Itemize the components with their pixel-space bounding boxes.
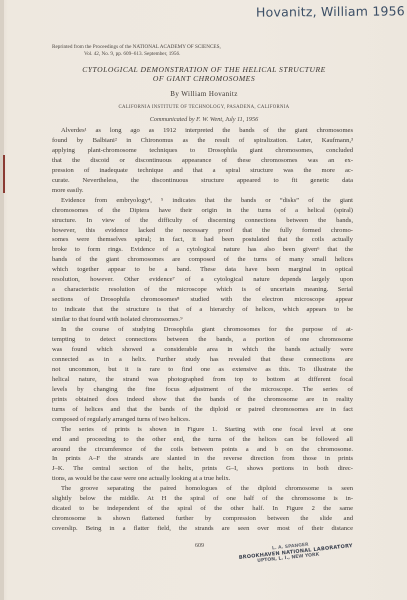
body-line: coverslip. Being in a flatter field, the…	[52, 524, 353, 534]
body-line: which together appear to be a band. Thes…	[52, 265, 353, 275]
body-line: curate. Nevertheless, the discontinuous …	[52, 176, 353, 186]
body-line: around the circumference of the coils be…	[52, 445, 353, 455]
body-line: resolution, however. Other evidence⁷ of …	[52, 275, 353, 285]
reprint-notice: Reprinted from the Proceedings of the NA…	[52, 44, 352, 57]
body-line: to indicate that the structure is that o…	[52, 305, 353, 315]
body-line: turns of helices and that the bands of t…	[52, 405, 353, 415]
body-line: Evidence from embryology⁴, ⁵ indicates t…	[52, 196, 353, 206]
body-line: In the course of studying Drosophila gia…	[52, 325, 353, 335]
body-line: applying plant-chromosome techniques to …	[52, 146, 353, 156]
edge-ink-mark	[3, 155, 5, 193]
body-line: tions, as would be the case were one act…	[52, 474, 353, 484]
body-line: similar to that found with isolated chro…	[52, 315, 353, 325]
title-line-1: Cytological Demonstration of the Helical…	[40, 65, 368, 74]
article-title: Cytological Demonstration of the Helical…	[40, 65, 368, 83]
body-line: somes were themselves spiral; in fact, i…	[52, 235, 353, 245]
article-body: Alverdes¹ as long ago as 1912 interprete…	[52, 126, 353, 534]
author-affiliation: California Institute of Technology, Pasa…	[40, 105, 368, 110]
body-line: that the discoid or discontinuous appear…	[52, 156, 353, 166]
body-line: a characteristic resolution of the micro…	[52, 285, 353, 295]
body-line: composed of regularly arranged turns of …	[52, 415, 353, 425]
body-line: Alverdes¹ as long ago as 1912 interprete…	[52, 126, 353, 136]
body-line: broke to form rings. Evidence of a cytol…	[52, 245, 353, 255]
body-line: not uncommon, but it is rare to find one…	[52, 365, 353, 375]
body-line: found by Balbiani² in Chironomus as the …	[52, 136, 353, 146]
body-line: pression of inadequate technique and tha…	[52, 166, 353, 176]
reprint-line-2: Vol. 42, No. 9, pp. 609–613. September, …	[52, 51, 352, 58]
body-line: however, this evidence lacked the necess…	[52, 226, 353, 236]
body-line: In prints A–F the strands are slanted in…	[52, 454, 353, 464]
body-line: chromosomes of the Diptera have their or…	[52, 206, 353, 216]
page-number: 609	[195, 543, 204, 549]
body-line: bands of the giant chromosomes are compo…	[52, 255, 353, 265]
paper-page: Hovanitz, William 1956 Reprinted from th…	[0, 0, 407, 600]
body-line: chromosome is shown flattened further by…	[52, 514, 353, 524]
body-line: dicated to be independent of the spiral …	[52, 504, 353, 514]
handwritten-note: Hovanitz, William 1956	[256, 3, 405, 19]
body-line: structure. In view of the difficulty of …	[52, 216, 353, 226]
body-line: slightly below the middle. At H the spir…	[52, 494, 353, 504]
author-byline: By William Hovanitz	[40, 90, 368, 98]
body-line: more easily.	[52, 186, 353, 196]
body-line: connected as in a helix. Further study h…	[52, 355, 353, 365]
body-line: levels by changing the fine focus adjust…	[52, 385, 353, 395]
page-left-edge	[0, 0, 4, 600]
body-line: tempting to detect connections between t…	[52, 335, 353, 345]
body-line: The series of prints is shown in Figure …	[52, 425, 353, 435]
body-line: J–K. The central section of the helix, p…	[52, 464, 353, 474]
library-stamp: L. A. SPANGER BROOKHAVEN NATIONAL LABORA…	[238, 539, 349, 566]
communicated-by: Communicated by F. W. Went, July 11, 195…	[40, 116, 368, 123]
body-line: The groove separating the paired homolog…	[52, 484, 353, 494]
title-line-2: of Giant Chromosomes	[40, 74, 368, 83]
body-line: sections of Drosophila chromosomes⁸ stud…	[52, 295, 353, 305]
body-line: end and proceeding to the other end, the…	[52, 435, 353, 445]
body-line: helical nature, the strand was photograp…	[52, 375, 353, 385]
body-line: prints obtained does indeed show that th…	[52, 395, 353, 405]
body-line: was found which showed a considerable ar…	[52, 345, 353, 355]
